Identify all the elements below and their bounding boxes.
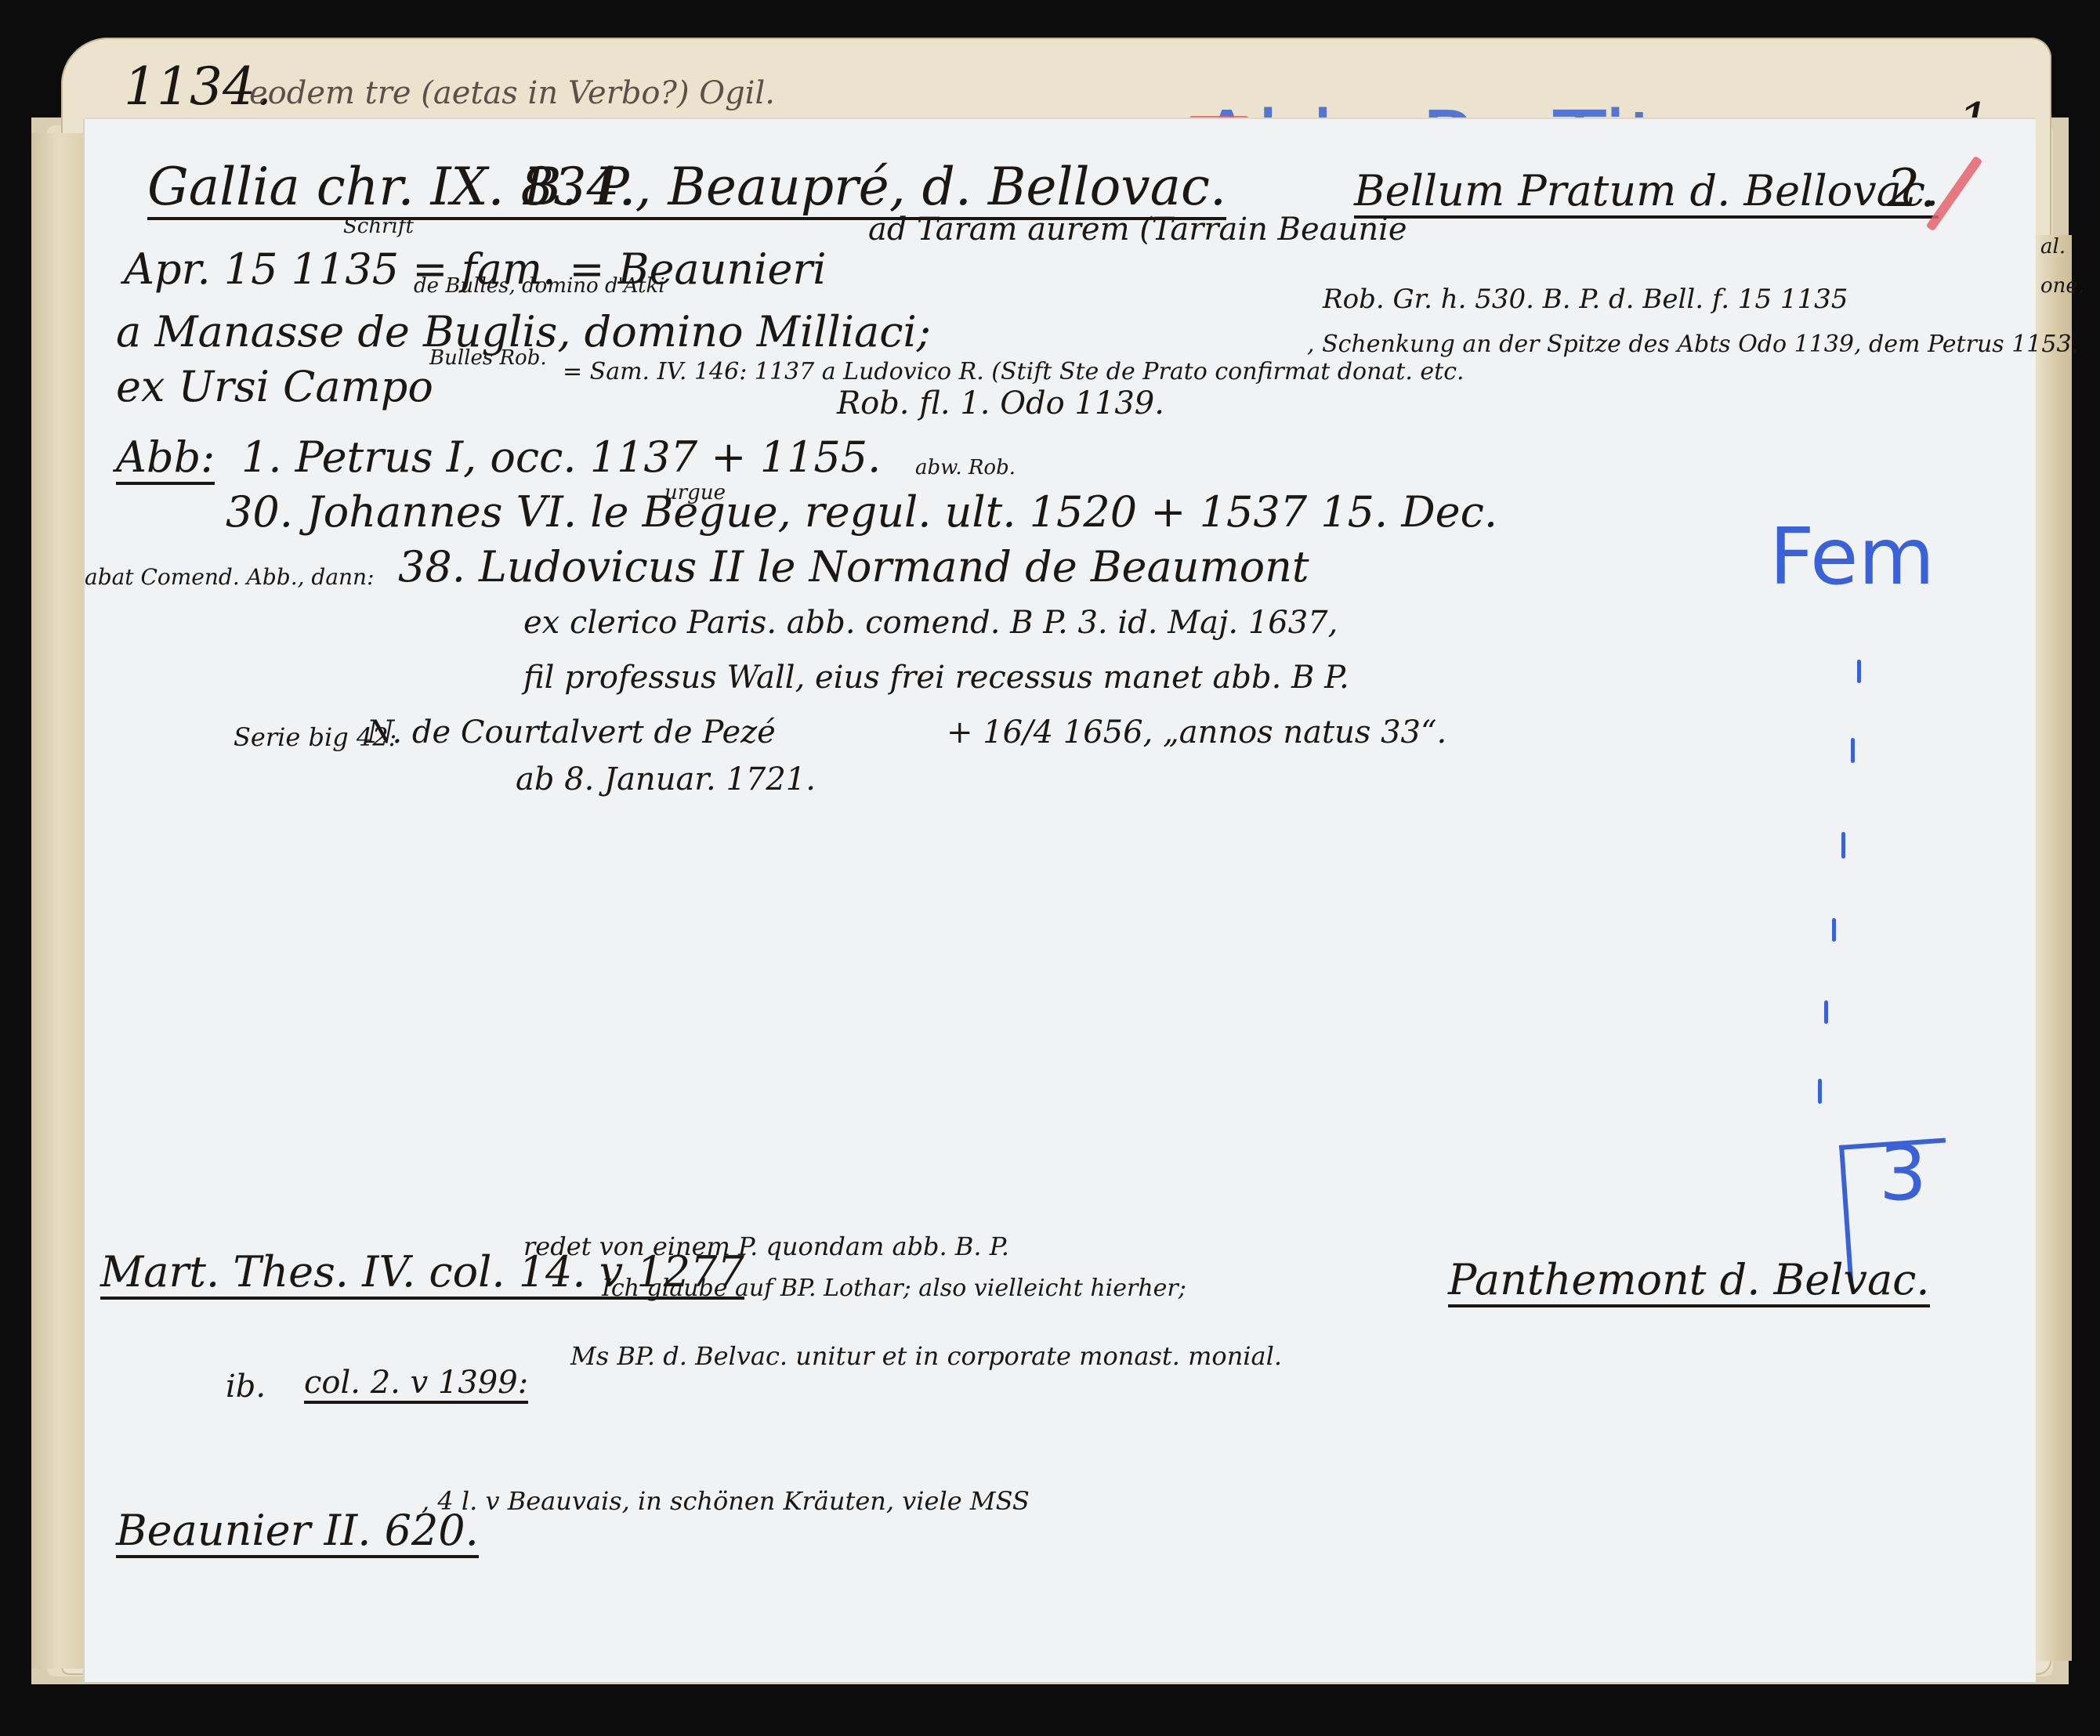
- left-page-edge: [31, 133, 86, 1669]
- abbot-30: 30. Johannes VI. le Begue, regul. ult. 1…: [226, 487, 1497, 537]
- abbot-42-date: ab 8. Januar. 1721.: [516, 761, 816, 797]
- ref-beaunier-note: , 4 l. v Beauvais, in schönen Kräuten, v…: [422, 1486, 1030, 1516]
- abbot-1-note: Rob. fl. 1. Odo 1139.: [837, 385, 1164, 421]
- origin-line: ex Ursi Campo: [116, 362, 433, 411]
- right-page-edge: al. one,: [2036, 235, 2072, 1661]
- back-header-text: eodem tre (aetas in Verbo?) Ogil.: [249, 75, 775, 111]
- ref-martene-note: redet von einem P. quondam abb. B. P.: [523, 1231, 1009, 1261]
- ref-1399-note: Ms BP. d. Belvac. unitur et in corporate…: [570, 1341, 1282, 1371]
- blue-dash: [1818, 1079, 1822, 1104]
- location-line: ad Taram aurem (Tarrain Beaunie: [868, 212, 1407, 248]
- donation-note: , Schenkung an der Spitze des Abts Odo 1…: [1307, 331, 2079, 358]
- abbot-38-cont2: fil professus Wall, eius frei recessus m…: [523, 660, 1349, 696]
- blue-dash: [1841, 832, 1845, 859]
- blue-dash: [1851, 738, 1855, 763]
- abbot-38-cont: ex clerico Paris. abb. comend. B P. 3. i…: [523, 605, 1338, 641]
- founding-note: de Bulles, domino d'Atki: [414, 274, 665, 298]
- front-leaf: Gallia chr. IX. 834. B. P., Beaupré, d. …: [85, 119, 2036, 1682]
- abbot-38-death: + 16/4 1656, „annos natus 33“.: [947, 714, 1446, 750]
- ref-ibid-pre: ib.: [226, 1369, 266, 1405]
- rob-reference: Rob. Gr. h. 530. B. P. d. Bell. f. 15 11…: [1323, 284, 1848, 315]
- superscript-schrift: Schrift: [343, 215, 414, 238]
- page-number: 2.: [1887, 158, 1936, 219]
- ref-1399: col. 2. v 1399:: [304, 1365, 528, 1404]
- blue-fem-label: Fem: [1769, 511, 1935, 602]
- abbey-latin-name: Bellum Pratum d. Bellovac.: [1354, 166, 1939, 219]
- margin-one: one,: [2040, 274, 2084, 298]
- abbot-38: 38. Ludovicus II le Normand de Beaumont: [398, 542, 1309, 591]
- blue-dash: [1832, 918, 1836, 942]
- margin-al: al.: [2040, 235, 2066, 259]
- origin-continuation: = Sam. IV. 146: 1137 a Ludovico R. (Stif…: [563, 358, 1465, 385]
- blue-dash: [1824, 1000, 1828, 1024]
- abbot-1: 1. Petrus I, occ. 1137 + 1155.: [241, 432, 881, 482]
- abbot-38-pre: abat Comend. Abb., dann:: [85, 564, 375, 590]
- blue-dash: [1857, 660, 1861, 683]
- blue-bracket-number: 3: [1879, 1130, 1927, 1217]
- panthemont-name: Panthemont d. Belvac.: [1448, 1255, 1930, 1307]
- ref-martene-note2: Ich glaube auf BP. Lothar; also vielleic…: [602, 1275, 1186, 1302]
- abbey-title: B. P., Beaupré, d. Bellovac.: [523, 157, 1226, 220]
- origin-annotation: Bulles Rob.: [429, 346, 547, 370]
- abbot-30-sup: abw. Rob.: [915, 456, 1016, 479]
- abbots-label: Abb:: [116, 432, 215, 485]
- abbot-42: N. de Courtalvert de Pezé: [367, 714, 776, 750]
